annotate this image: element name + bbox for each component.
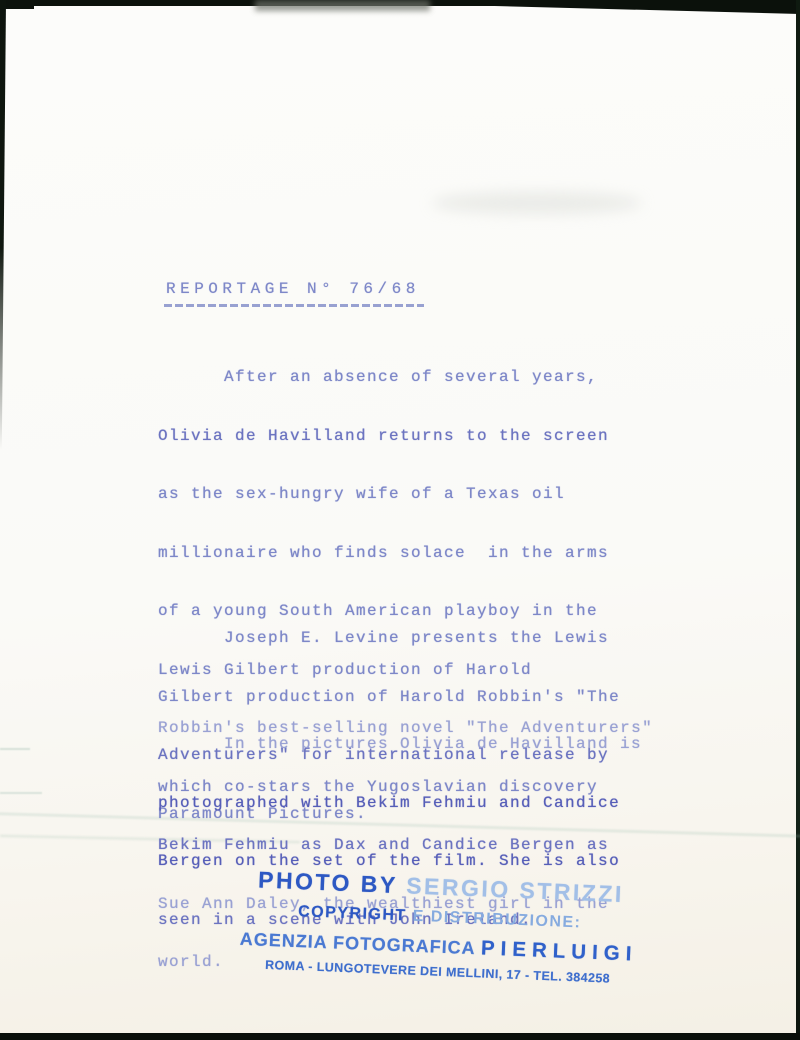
stamp-copyright-label: COPYRIGHT	[298, 903, 413, 925]
typed-line: Joseph E. Levine presents the Lewis	[158, 627, 620, 650]
paper-crease	[0, 748, 30, 750]
typed-line: millionaire who finds solace in the arms	[158, 542, 653, 565]
heading-underline	[164, 304, 424, 307]
scan-smudge-top	[255, 0, 430, 11]
stamp-photo-by-label: PHOTO BY	[258, 866, 407, 898]
press-photo-back: REPORTAGE N° 76/68 After an absence of s…	[0, 0, 800, 1040]
scan-edge-top-right	[470, 0, 800, 14]
typed-line: photographed with Bekim Fehmiu and Candi…	[158, 792, 642, 815]
stamp-agency-name: PIERLUIGI	[481, 936, 638, 965]
typed-line: After an absence of several years,	[158, 366, 653, 389]
reportage-heading: REPORTAGE N° 76/68	[166, 280, 420, 298]
typed-line: Olivia de Havilland returns to the scree…	[158, 425, 653, 448]
agency-stamp: PHOTO BY SERGIO STRIZZI COPYRIGHT E DIST…	[217, 858, 661, 990]
ink-ghost-smudge	[432, 192, 642, 214]
stamp-agency-label: AGENZIA FOTOGRAFICA	[239, 929, 481, 959]
stamp-photographer-name: SERGIO STRIZZI	[406, 872, 625, 907]
scan-edge-left	[0, 0, 6, 450]
scan-edge-bottom	[0, 1033, 800, 1040]
stamp-distribution-label: E DISTRIBUZIONE:	[412, 908, 581, 932]
paper-crease	[0, 792, 42, 794]
scan-edge-right	[796, 0, 800, 1040]
typed-line: In the pictures Olivia de Havilland is	[158, 733, 642, 756]
typed-line: as the sex-hungry wife of a Texas oil	[158, 483, 653, 506]
